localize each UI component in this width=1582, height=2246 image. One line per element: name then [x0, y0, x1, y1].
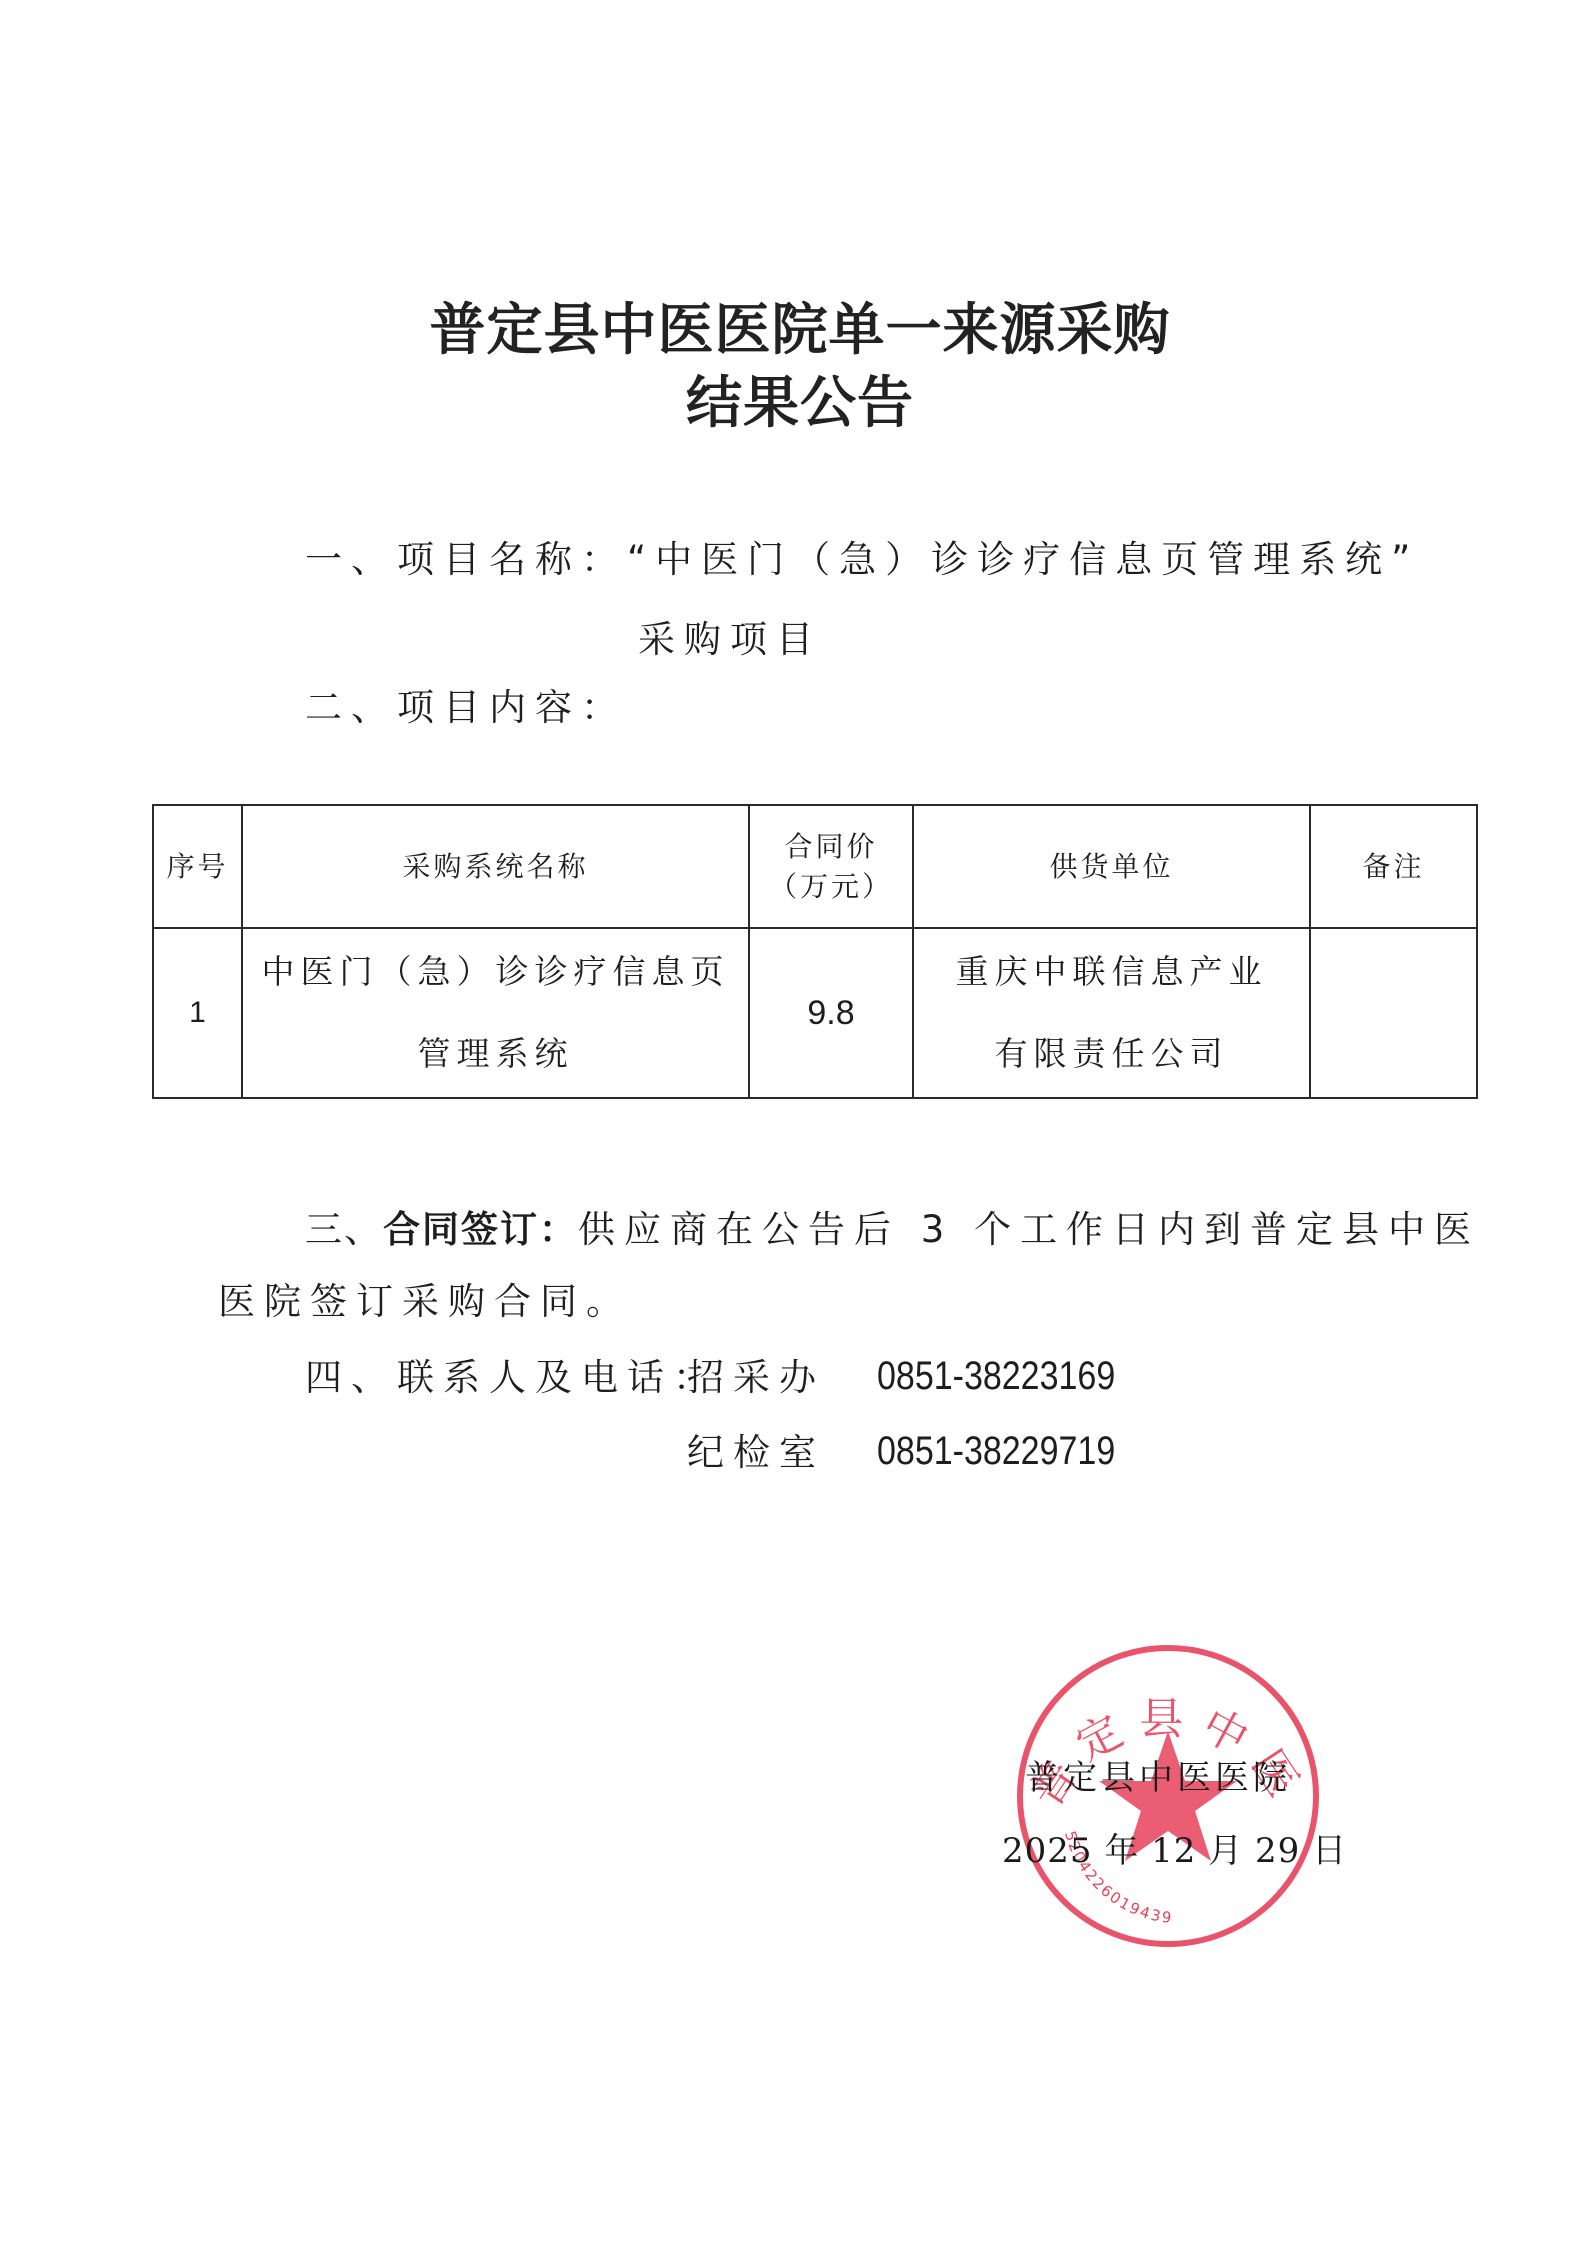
section-contract-label: 合同签订： [383, 1208, 578, 1251]
header-supplier: 供货单位 [913, 805, 1310, 928]
cell-supplier-line2: 有限责任公司 [914, 1013, 1309, 1095]
section-project-name-label: 一、项目名称： [305, 538, 627, 581]
contact-phone-discipline: 0851-38229719 [877, 1429, 1157, 1474]
cell-index: 1 [153, 928, 242, 1098]
document-title-line1: 普定县中医医院单一来源采购 [0, 300, 1582, 360]
contact-phone-procurement-value: 0851-38223169 [877, 1354, 1115, 1398]
cell-system-name: 中医门（急）诊诊疗信息页 管理系统 [242, 928, 749, 1098]
contact-dept-discipline: 纪检室 [687, 1431, 825, 1475]
signature-org: 普定县中医医院 [1025, 1750, 1291, 1799]
signature-date: 2025 年 12 月 29 日 [1002, 1823, 1347, 1872]
cell-remark [1310, 928, 1477, 1098]
header-contract-price-unit: （万元） [750, 867, 912, 907]
header-system-name: 采购系统名称 [242, 805, 749, 928]
header-contract-price: 合同价 （万元） [749, 805, 913, 928]
cell-supplier-line1: 重庆中联信息产业 [914, 931, 1309, 1013]
section-project-name-value: “中医门（急）诊诊疗信息页管理系统” [627, 538, 1419, 581]
contact-phone-procurement: 0851-38223169 [877, 1354, 1157, 1399]
procurement-table: 序号 采购系统名称 合同价 （万元） 供货单位 备注 1 中医门（急）诊诊疗信息… [152, 804, 1478, 1099]
cell-price: 9.8 [749, 928, 913, 1098]
cell-system-name-line1: 中医门（急）诊诊疗信息页 [243, 931, 748, 1013]
section-contacts-label: 四、联系人及电话： [305, 1356, 719, 1400]
section-project-name: 一、项目名称：“中医门（急）诊诊疗信息页管理系统” [305, 538, 1419, 582]
cell-supplier: 重庆中联信息产业 有限责任公司 [913, 928, 1310, 1098]
section-contract-text: 供应商在公告后 3 个工作日内到普定县中医 [578, 1208, 1480, 1251]
section-project-name-value-cont: 采购项目 [638, 618, 822, 662]
section-project-content-label: 二、项目内容： [305, 686, 627, 730]
contact-dept-procurement: 招采办 [687, 1356, 825, 1400]
table-header-row: 序号 采购系统名称 合同价 （万元） 供货单位 备注 [153, 805, 1477, 928]
header-remark: 备注 [1310, 805, 1477, 928]
section-contract-text-cont: 医院签订采购合同。 [218, 1280, 632, 1324]
document-title-line2: 结果公告 [0, 373, 1582, 433]
section-contract-signing: 三、合同签订：供应商在公告后 3 个工作日内到普定县中医 [305, 1208, 1480, 1252]
section-contract-prefix: 三、 [305, 1208, 383, 1251]
table-row: 1 中医门（急）诊诊疗信息页 管理系统 9.8 重庆中联信息产业 有限责任公司 [153, 928, 1477, 1098]
contact-phone-discipline-value: 0851-38229719 [877, 1429, 1115, 1473]
header-contract-price-line1: 合同价 [750, 827, 912, 867]
cell-system-name-line2: 管理系统 [243, 1013, 748, 1095]
header-index: 序号 [153, 805, 242, 928]
